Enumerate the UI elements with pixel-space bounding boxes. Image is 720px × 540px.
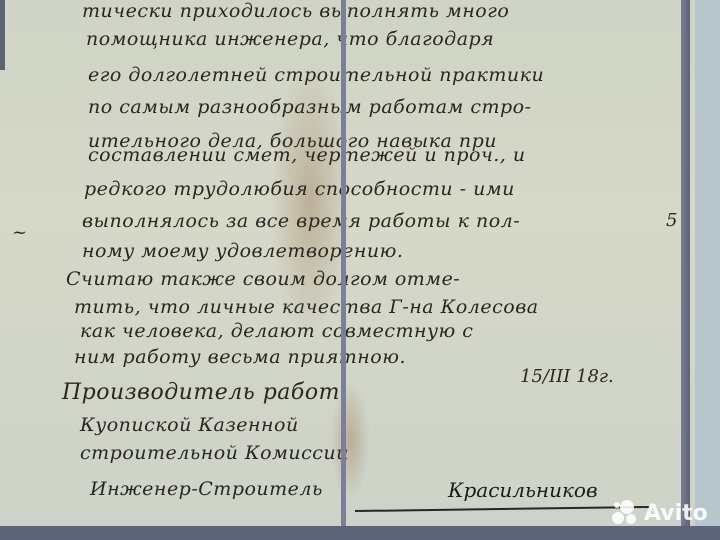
signature-title-line: Производитель работ <box>62 380 340 405</box>
body-line: как человека, делают совместную с <box>80 320 473 342</box>
margin-mark: ~ <box>12 222 27 243</box>
signature-title-line: Куопиской Казенной <box>80 414 299 436</box>
body-line: ним работу весьма приятною. <box>74 346 406 368</box>
fold-crease <box>341 0 346 540</box>
body-line: помощника инженера, что благодаря <box>86 28 494 50</box>
body-line: Считаю также своим долгом отме- <box>66 268 460 290</box>
body-line: редкого трудолюбия способности - ими <box>84 178 515 200</box>
body-line: тить, что личные качества Г-на Колесова <box>74 296 539 318</box>
body-line: ному моему удовлетворению. <box>82 240 403 262</box>
right-border-edge <box>681 0 690 540</box>
avito-logo-icon <box>612 500 640 526</box>
body-line: выполнялось за все время работы к пол- <box>82 210 520 232</box>
avito-watermark: Avito <box>612 500 708 526</box>
handwritten-signature: Красильников <box>448 478 598 502</box>
body-line: его долголетней строительной практики <box>88 64 544 86</box>
document-date: 15/III 18г. <box>520 366 614 387</box>
margin-mark: 5 <box>666 210 677 231</box>
signature-title-line: строительной Комиссии <box>80 442 349 464</box>
body-line: составлении смет, чертежей и проч., и <box>88 144 526 166</box>
bottom-border-edge <box>0 526 720 540</box>
left-border-edge <box>0 0 5 70</box>
watermark-label: Avito <box>644 501 708 526</box>
signature-title-line: Инженер-Строитель <box>90 478 323 500</box>
body-line: тически приходилось выполнять много <box>82 0 509 22</box>
body-line: по самым разнообразным работам стро- <box>88 96 532 118</box>
